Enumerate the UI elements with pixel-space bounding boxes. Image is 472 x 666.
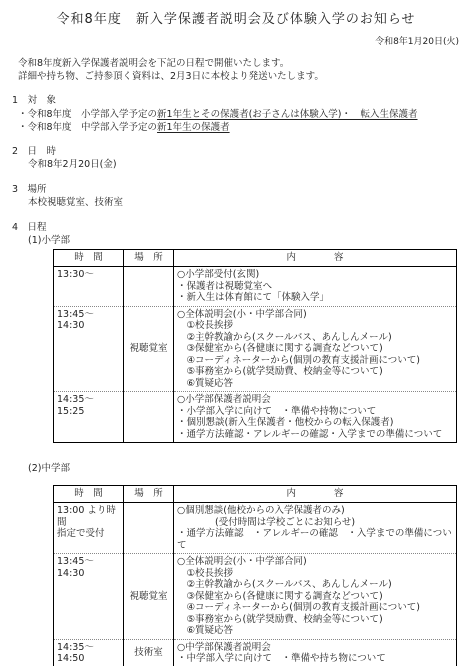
table-header-row: 時 間 場 所 内 容 [54, 486, 457, 503]
place-cell [124, 392, 174, 443]
target-item-elementary-underlined: 新1年生とその保護者(お子さんは体験入学)・ 転入生保護者 [157, 109, 417, 120]
column-header-content: 内 容 [174, 250, 457, 267]
section-heading-schedule: 4 日程 [12, 222, 472, 234]
target-item-elementary-prefix: ・令和8年度 小学部入学予定の [18, 109, 157, 120]
datetime-value: 令和8年2月20日(金) [28, 159, 472, 171]
content-cell: ○個別懇談(他校からの入学保護者のみ) (受付時間は学校ごとにお知らせ) ・通学… [174, 503, 457, 554]
table-header-row: 時 間 場 所 内 容 [54, 250, 457, 267]
schedule-table-elementary: 時 間 場 所 内 容 13:30～ ○小学部受付(玄関) ・保護者は視聴覚室へ… [53, 249, 457, 443]
section-heading-place: 3 場所 [12, 184, 472, 196]
column-header-time: 時 間 [54, 250, 124, 267]
intro-paragraph: 令和8年度新入学保護者説明会を下記の日程で開催いたします。 詳細や持ち物、ご持参… [18, 57, 472, 83]
intro-line-1: 令和8年度新入学保護者説明会を下記の日程で開催いたします。 [18, 57, 472, 70]
target-item-junior: ・令和8年度 中学部入学予定の新1年生の保護者 [18, 122, 472, 135]
target-item-junior-prefix: ・令和8年度 中学部入学予定の [18, 122, 157, 133]
place-cell: 技術室 [124, 639, 174, 666]
table-row: 13:30～ ○小学部受付(玄関) ・保護者は視聴覚室へ ・新入生は体育館にて「… [54, 267, 457, 307]
table-row: 13:45～14:30 視聴覚室 ○全体説明会(小・中学部合同) ①校長挨拶 ②… [54, 554, 457, 640]
content-cell: ○全体説明会(小・中学部合同) ①校長挨拶 ②主幹教諭から(スクールバス、あんし… [174, 554, 457, 640]
target-items: ・令和8年度 小学部入学予定の新1年生とその保護者(お子さんは体験入学)・ 転入… [18, 109, 472, 134]
section-heading-datetime: 2 日 時 [12, 146, 472, 158]
document-page: 令和8年度 新入学保護者説明会及び体験入学のお知らせ 令和8年1月20日(火) … [0, 12, 472, 666]
place-value: 本校視聴覚室、技術室 [28, 197, 472, 209]
section-heading-target: 1 対 象 [12, 95, 472, 107]
table-row: 13:45～14:30 視聴覚室 ○全体説明会(小・中学部合同) ①校長挨拶 ②… [54, 306, 457, 392]
content-cell: ○中学部保護者説明会 ・中学部入学に向けて ・準備や持ち物について [174, 639, 457, 666]
time-cell: 14:35～14:50 [54, 639, 124, 666]
time-cell: 13:45～14:30 [54, 554, 124, 640]
intro-line-2: 詳細や持ち物、ご持参頂く資料は、2月3日に本校より発送いたします。 [18, 70, 472, 83]
place-cell: 視聴覚室 [124, 306, 174, 392]
place-cell: 視聴覚室 [124, 554, 174, 640]
time-cell: 13:00 より時間 指定で受付 [54, 503, 124, 554]
content-cell: ○小学部保護者説明会 ・小学部入学に向けて ・準備や持物について ・個別懇談(新… [174, 392, 457, 443]
time-cell: 13:30～ [54, 267, 124, 307]
target-item-elementary: ・令和8年度 小学部入学予定の新1年生とその保護者(お子さんは体験入学)・ 転入… [18, 109, 472, 122]
table-row: 14:35～14:50 技術室 ○中学部保護者説明会 ・中学部入学に向けて ・準… [54, 639, 457, 666]
time-cell: 13:45～14:30 [54, 306, 124, 392]
time-cell: 14:35～15:25 [54, 392, 124, 443]
place-cell [124, 267, 174, 307]
place-cell [124, 503, 174, 554]
content-cell: ○小学部受付(玄関) ・保護者は視聴覚室へ ・新入生は体育館にて「体験入学」 [174, 267, 457, 307]
page-title: 令和8年度 新入学保護者説明会及び体験入学のお知らせ [0, 12, 472, 27]
content-cell: ○全体説明会(小・中学部合同) ①校長挨拶 ②主幹教諭から(スクールバス、あんし… [174, 306, 457, 392]
schedule-table-junior: 時 間 場 所 内 容 13:00 より時間 指定で受付 ○個別懇談(他校からの… [53, 485, 457, 666]
issue-date: 令和8年1月20日(火) [0, 36, 459, 48]
table-row: 13:00 より時間 指定で受付 ○個別懇談(他校からの入学保護者のみ) (受付… [54, 503, 457, 554]
column-header-content: 内 容 [174, 486, 457, 503]
table-caption-junior: (2)中学部 [28, 463, 472, 475]
target-item-junior-underlined: 新1年生の保護者 [157, 122, 230, 133]
table-row: 14:35～15:25 ○小学部保護者説明会 ・小学部入学に向けて ・準備や持物… [54, 392, 457, 443]
table-caption-elementary: (1)小学部 [28, 235, 472, 247]
column-header-place: 場 所 [124, 250, 174, 267]
column-header-time: 時 間 [54, 486, 124, 503]
column-header-place: 場 所 [124, 486, 174, 503]
